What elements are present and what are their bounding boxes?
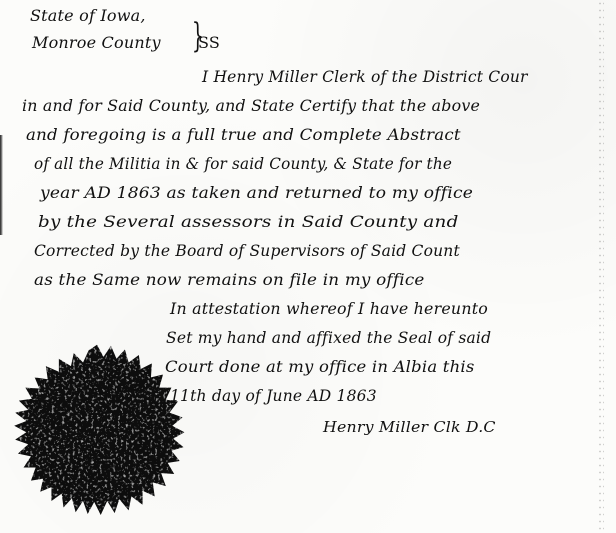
body-line: Corrected by the Board of Supervisors of… xyxy=(34,242,460,260)
body-line: and foregoing is a full true and Complet… xyxy=(26,126,461,144)
scan-edge-shadow xyxy=(0,135,3,235)
body-line: year AD 1863 as taken and returned to my… xyxy=(40,184,473,202)
attestation-line: In attestation whereof I have hereunto xyxy=(170,300,488,318)
body-line: of all the Militia in & for said County,… xyxy=(34,155,452,173)
body-line: as the Same now remains on file in my of… xyxy=(34,271,425,289)
body-line: by the Several assessors in Said County … xyxy=(38,213,459,231)
document-page: State of Iowa, Monroe County } SS I Henr… xyxy=(0,0,616,533)
body-line: I Henry Miller Clerk of the District Cou… xyxy=(202,68,528,86)
attestation-line: Set my hand and affixed the Seal of said xyxy=(166,329,491,347)
attestation-line: 11th day of June AD 1863 xyxy=(170,387,377,405)
body-line: in and for Said County, and State Certif… xyxy=(22,97,480,115)
header-ss: SS xyxy=(198,33,220,52)
court-seal-icon xyxy=(4,342,190,528)
attestation-line: Court done at my office in Albia this xyxy=(165,358,475,376)
signature: Henry Miller Clk D.C xyxy=(323,418,496,436)
header-county: Monroe County xyxy=(32,33,161,52)
header-state: State of Iowa, xyxy=(30,6,146,25)
scan-edge-noise xyxy=(598,0,604,533)
